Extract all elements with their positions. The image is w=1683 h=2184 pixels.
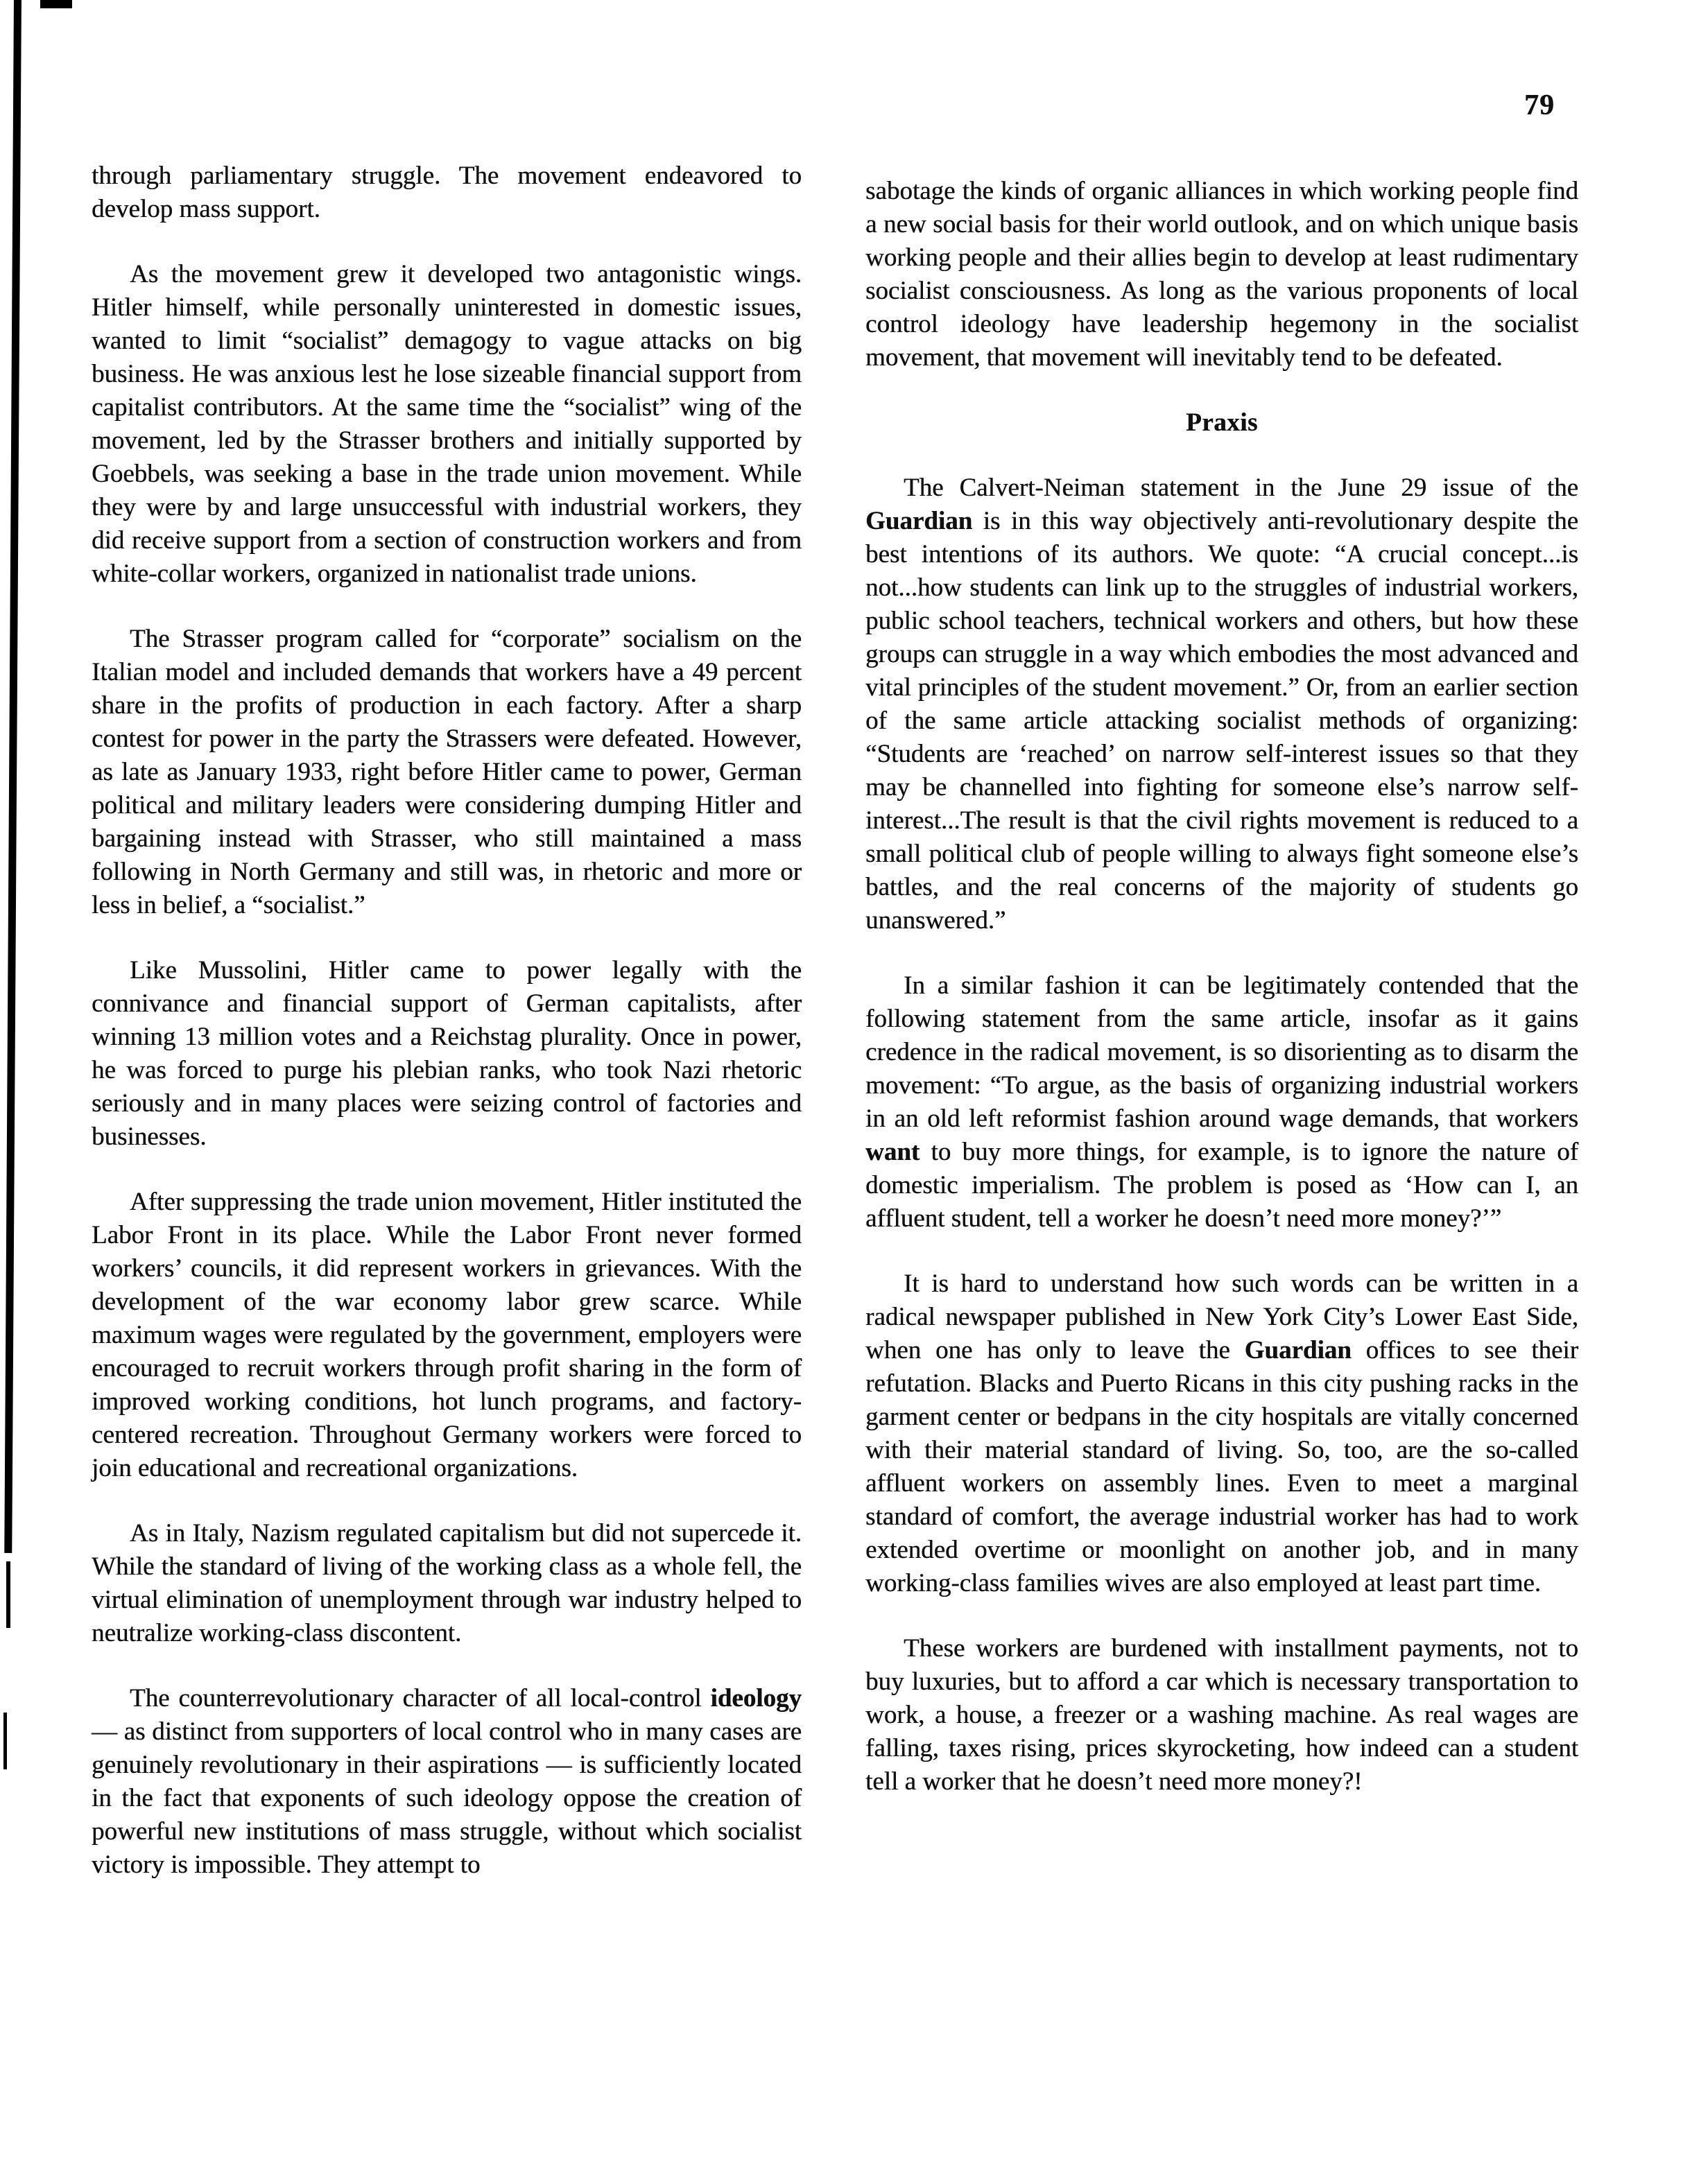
left-column: through parliamentary struggle. The move… (92, 159, 802, 1914)
paragraph: After suppressing the trade union moveme… (92, 1186, 802, 1485)
paragraph: The Calvert-Neiman statement in the June… (865, 471, 1578, 937)
text-run: The Calvert-Neiman statement in the June… (904, 474, 1578, 502)
text-run: In a similar fashion it can be legitimat… (865, 971, 1578, 1133)
section-heading: Praxis (865, 406, 1578, 440)
paragraph: As in Italy, Nazism regulated capitalism… (92, 1517, 802, 1650)
text-run: — as distinct from supporters of local c… (92, 1717, 802, 1879)
right-column: sabotage the kinds of organic alliances … (865, 175, 1578, 1830)
bold-text-run: ideology (710, 1684, 802, 1713)
text-run: After suppressing the trade union moveme… (92, 1188, 802, 1482)
scan-artifact-line (4, 0, 21, 1553)
paragraph: It is hard to understand how such words … (865, 1267, 1578, 1600)
paragraph: In a similar fashion it can be legitimat… (865, 969, 1578, 1236)
scan-artifact-dash (6, 1561, 10, 1628)
paragraph: Like Mussolini, Hitler came to power leg… (92, 954, 802, 1154)
text-run: is in this way objectively anti-revoluti… (865, 507, 1578, 935)
text-run: The counterrevolutionary character of al… (130, 1684, 710, 1713)
paragraph: The Strasser program called for “corpora… (92, 623, 802, 922)
text-run: through parliamentary struggle. The move… (92, 162, 802, 223)
scan-artifact-blob (40, 0, 72, 8)
text-run: As in Italy, Nazism regulated capitalism… (92, 1519, 802, 1647)
text-run: to buy more things, for example, is to i… (865, 1138, 1578, 1233)
text-run: The Strasser program called for “corpora… (92, 625, 802, 919)
text-run: As the movement grew it developed two an… (92, 260, 802, 588)
paragraph: The counterrevolutionary character of al… (92, 1682, 802, 1882)
text-run: Like Mussolini, Hitler came to power leg… (92, 956, 802, 1151)
paragraph: As the movement grew it developed two an… (92, 258, 802, 591)
text-run: sabotage the kinds of organic alliances … (865, 177, 1578, 372)
text-run: offices to see their refutation. Blacks … (865, 1336, 1578, 1597)
paragraph: through parliamentary struggle. The move… (92, 159, 802, 226)
scan-artifact-dash (3, 1713, 7, 1769)
paragraph: sabotage the kinds of organic alliances … (865, 175, 1578, 374)
paragraph: These workers are burdened with installm… (865, 1632, 1578, 1799)
page-number: 79 (1524, 89, 1555, 122)
text-run: These workers are burdened with installm… (865, 1634, 1578, 1796)
bold-text-run: Guardian (1245, 1336, 1352, 1364)
bold-text-run: want (865, 1138, 920, 1166)
bold-text-run: Guardian (865, 507, 972, 535)
document-page: { "page_number": "79", "colors": { "pape… (0, 0, 1683, 2184)
